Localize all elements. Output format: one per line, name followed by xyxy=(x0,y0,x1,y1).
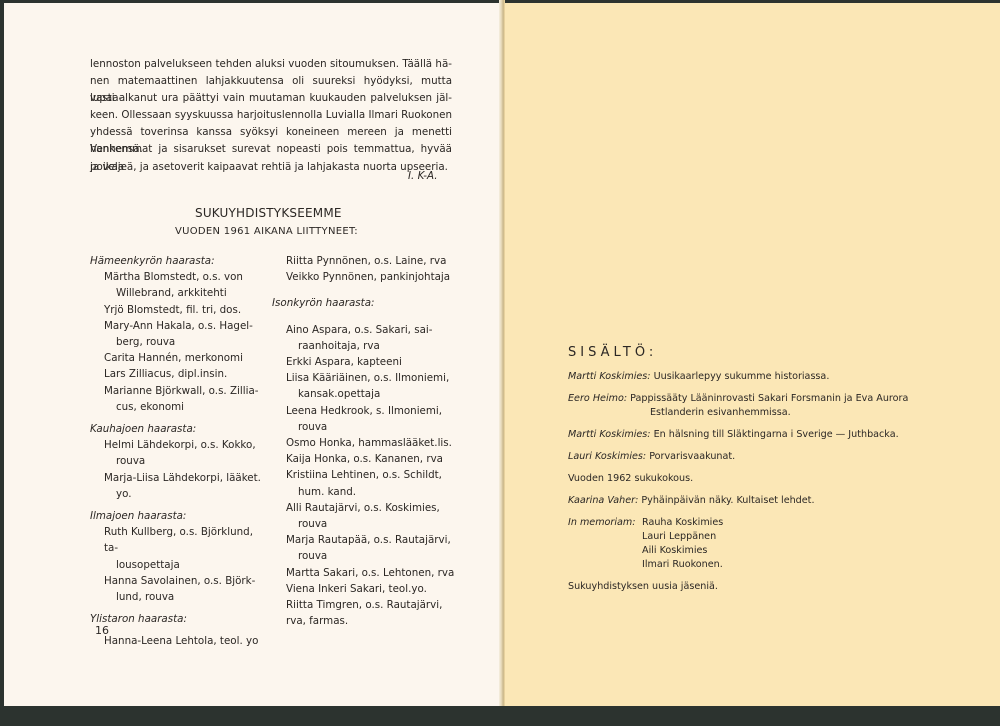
member-entry-cont: Willebrand, arkkitehti xyxy=(90,285,270,301)
member-entry-cont: kansak.opettaja xyxy=(272,386,462,402)
member-entry-cont: hum. kand. xyxy=(272,484,462,500)
member-entry: Osmo Honka, hammaslääket.lis. xyxy=(272,435,462,451)
member-entry: Hanna Savolainen, o.s. Björk- xyxy=(90,573,270,589)
member-entry-cont: raanhoitaja, rva xyxy=(272,338,462,354)
toc-article-title: Uusikaarlepyy sukumme historiassa. xyxy=(654,371,830,382)
member-entry: Martta Sakari, o.s. Lehtonen, rva xyxy=(272,565,462,581)
table-of-contents: Martti Koskimies: Uusikaarlepyy sukumme … xyxy=(568,370,948,602)
toc-item: Lauri Koskimies: Porvarisvaakunat. xyxy=(568,450,948,464)
member-entry: Marja Rautapää, o.s. Rautajärvi, xyxy=(272,532,462,548)
signature: I. K-A. xyxy=(408,170,438,182)
memoriam-name: Aili Koskimies xyxy=(642,544,723,558)
member-entry: Helmi Lähdekorpi, o.s. Kokko, xyxy=(90,437,270,453)
member-entry-cont: lund, rouva xyxy=(90,589,270,605)
toc-article-title: Vuoden 1962 sukukokous. xyxy=(568,473,693,484)
toc-item: Kaarina Vaher: Pyhäinpäivän näky. Kultai… xyxy=(568,494,948,508)
member-entry: Yrjö Blomstedt, fil. tri, dos. xyxy=(90,302,270,318)
section-subtitle: VUODEN 1961 AIKANA LIITTYNEET: xyxy=(175,226,358,237)
toc-author: Eero Heimo: xyxy=(568,393,627,404)
member-entry: Leena Hedkrook, s. Ilmoniemi, xyxy=(272,403,462,419)
section-title: SUKUYHDISTYKSEEMME xyxy=(195,206,342,220)
paragraph-line: nen matemaattinen lahjakkuutensa oli suu… xyxy=(90,73,452,90)
toc-article-title: Pappissääty Lääninrovasti Sakari Forsman… xyxy=(630,393,908,404)
toc-item: Sukuyhdistyksen uusia jäseniä. xyxy=(568,580,948,594)
paragraph-line: vasti alkanut ura päättyi vain muutaman … xyxy=(90,90,452,107)
member-entry: Marja-Liisa Lähdekorpi, lääket. xyxy=(90,470,270,486)
member-entry: Kristiina Lehtinen, o.s. Schildt, xyxy=(272,467,462,483)
toc-title: SISÄLTÖ: xyxy=(568,345,657,360)
member-entry: Viena Inkeri Sakari, teol.yo. xyxy=(272,581,462,597)
toc-item: Eero Heimo: Pappissääty Lääninrovasti Sa… xyxy=(568,392,948,420)
toc-article-title: En hälsning till Släktingarna i Sverige … xyxy=(654,429,899,440)
member-entry-cont: rouva xyxy=(272,516,462,532)
member-entry-cont: yo. xyxy=(90,486,270,502)
member-entry-cont: berg, rouva xyxy=(90,334,270,350)
toc-article-title-cont: Estlanderin esivanhemmissa. xyxy=(568,406,948,420)
page-number: 16 xyxy=(95,624,109,637)
toc-memoriam: In memoriam: Rauha Koskimies Lauri Leppä… xyxy=(568,516,948,572)
toc-author: Kaarina Vaher: xyxy=(568,495,638,506)
toc-item: Vuoden 1962 sukukokous. xyxy=(568,472,948,486)
toc-article-title: Porvarisvaakunat. xyxy=(649,451,735,462)
toc-item: Martti Koskimies: En hälsning till Släkt… xyxy=(568,428,948,442)
member-entry: Kaija Honka, o.s. Kananen, rva xyxy=(272,451,462,467)
scan-background xyxy=(0,706,1000,726)
memoriam-names: Rauha Koskimies Lauri Leppänen Aili Kosk… xyxy=(642,516,723,572)
members-column-2: Riitta Pynnönen, o.s. Laine, rva Veikko … xyxy=(272,253,462,629)
memoriam-label: In memoriam: xyxy=(568,516,642,572)
members-column-1: Hämeenkyrön haarasta: Märtha Blomstedt, … xyxy=(90,253,270,650)
member-entry-cont: cus, ekonomi xyxy=(90,399,270,415)
member-entry: Veikko Pynnönen, pankinjohtaja xyxy=(272,269,462,285)
branch-heading: Ilmajoen haarasta: xyxy=(90,508,270,524)
paragraph-line: keen. Ollessaan syyskuussa harjoituslenn… xyxy=(90,107,452,124)
member-entry-cont: rouva xyxy=(90,453,270,469)
member-entry: Alli Rautajärvi, o.s. Koskimies, xyxy=(272,500,462,516)
toc-article-title: Pyhäinpäivän näky. Kultaiset lehdet. xyxy=(641,495,814,506)
toc-author: Martti Koskimies: xyxy=(568,371,651,382)
obituary-paragraph: lennoston palvelukseen tehden aluksi vuo… xyxy=(90,56,452,176)
paragraph-line: yhdessä toverinsa kanssa syöksyi koneine… xyxy=(90,124,452,141)
paragraph-line: ja veljeä, ja asetoverit kaipaavat rehti… xyxy=(90,159,452,176)
member-entry: Carita Hannén, merkonomi xyxy=(90,350,270,366)
branch-heading: Kauhajoen haarasta: xyxy=(90,421,270,437)
paragraph-line: Vanhemmat ja sisarukset surevat nopeasti… xyxy=(90,141,452,158)
member-entry-cont: rouva xyxy=(272,548,462,564)
member-entry-cont: rouva xyxy=(272,419,462,435)
member-entry: Lars Zilliacus, dipl.insin. xyxy=(90,366,270,382)
branch-heading: Hämeenkyrön haarasta: xyxy=(90,253,270,269)
paragraph-line: lennoston palvelukseen tehden aluksi vuo… xyxy=(90,56,452,73)
member-entry-cont: lousopettaja xyxy=(90,557,270,573)
member-entry: Hanna-Leena Lehtola, teol. yo xyxy=(90,633,270,649)
branch-heading: Ylistaron haarasta: xyxy=(90,611,270,627)
member-entry: Liisa Kääriäinen, o.s. Ilmoniemi, xyxy=(272,370,462,386)
branch-heading: Isonkyrön haarasta: xyxy=(272,295,462,311)
toc-item: Martti Koskimies: Uusikaarlepyy sukumme … xyxy=(568,370,948,384)
toc-author: Martti Koskimies: xyxy=(568,429,651,440)
member-entry: Riitta Timgren, o.s. Rautajärvi, xyxy=(272,597,462,613)
member-entry: Aino Aspara, o.s. Sakari, sai- xyxy=(272,322,462,338)
member-entry: Riitta Pynnönen, o.s. Laine, rva xyxy=(272,253,462,269)
member-entry: Ruth Kullberg, o.s. Björklund, ta- xyxy=(90,524,270,556)
memoriam-name: Rauha Koskimies xyxy=(642,516,723,530)
toc-author: Lauri Koskimies: xyxy=(568,451,646,462)
member-entry: Erkki Aspara, kapteeni xyxy=(272,354,462,370)
member-entry: Märtha Blomstedt, o.s. von xyxy=(90,269,270,285)
member-entry: Mary-Ann Hakala, o.s. Hagel- xyxy=(90,318,270,334)
member-entry-cont: rva, farmas. xyxy=(272,613,462,629)
member-entry: Marianne Björkwall, o.s. Zillia- xyxy=(90,383,270,399)
memoriam-name: Lauri Leppänen xyxy=(642,530,723,544)
memoriam-name: Ilmari Ruokonen. xyxy=(642,558,723,572)
